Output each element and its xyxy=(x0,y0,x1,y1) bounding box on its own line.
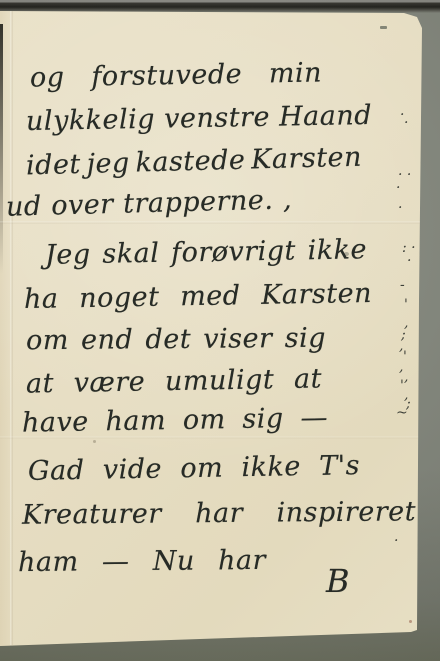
handwritten-word: , xyxy=(282,184,292,215)
handwritten-word: om xyxy=(26,325,69,356)
handwriting-line: havehamomsig— xyxy=(22,402,328,438)
handwriting-line: udovertrapperne., xyxy=(6,184,293,222)
handwritten-word: B xyxy=(326,562,350,600)
handwritten-word: ham xyxy=(105,405,166,437)
margin-ink-mark: · xyxy=(404,118,408,128)
paper-fold-crease xyxy=(0,221,422,224)
handwriting-line: idetjegkastedeKarsten xyxy=(26,142,363,182)
handwritten-word: Karsten xyxy=(251,142,363,176)
handwritten-word: have xyxy=(22,407,89,439)
ink-speck xyxy=(93,440,96,443)
handwritten-word: Kreaturer xyxy=(22,499,162,531)
ink-speck xyxy=(380,26,387,29)
margin-ink-mark: , xyxy=(404,372,408,382)
handwritten-word: ud xyxy=(6,191,42,223)
handwritten-word: Karsten xyxy=(261,278,372,311)
handwritten-word: være xyxy=(73,367,145,399)
handwritten-word: noget xyxy=(79,282,160,314)
handwritten-word: med xyxy=(180,280,241,312)
handwriting-line: omenddetvisersig xyxy=(26,323,326,357)
handwritten-word: at xyxy=(294,363,322,394)
handwritten-word: sig xyxy=(285,323,327,354)
handwriting-line: ogforstuvedemin xyxy=(30,57,322,93)
handwritten-word: — xyxy=(300,402,328,433)
handwritten-word: og xyxy=(30,62,65,94)
handwritten-word: ham xyxy=(18,547,79,579)
handwritten-word: ha xyxy=(24,283,59,315)
handwritten-word: sig xyxy=(242,403,284,435)
margin-ink-mark: - xyxy=(400,280,405,290)
handwritten-word: kastede xyxy=(135,145,246,179)
handwriting-line: ulykkeligvenstreHaand xyxy=(26,100,372,137)
handwritten-word: det xyxy=(145,324,191,355)
handwriting-line: hanogetmedKarsten xyxy=(24,278,372,315)
handwriting-line: GadvideomikkeT's xyxy=(28,450,360,487)
handwritten-word: Nu xyxy=(153,546,195,577)
handwriting-line: Jegskalforøvrigtikke xyxy=(45,234,367,271)
margin-ink-mark: ~ xyxy=(396,408,408,418)
handwritten-word: idet xyxy=(26,149,82,181)
handwritten-word: inspireret xyxy=(276,496,416,528)
margin-ink-mark: · xyxy=(394,536,398,546)
margin-ink-mark: · xyxy=(398,203,402,213)
paper-vertical-crease xyxy=(10,11,13,645)
handwritten-word: Haand xyxy=(279,100,372,133)
handwritten-word: Gad xyxy=(28,455,85,487)
margin-ink-mark: · · xyxy=(398,170,411,180)
handwritten-word: ikke xyxy=(241,451,301,483)
handwritten-word: forstuvede xyxy=(91,59,242,93)
handwritten-word: — xyxy=(102,546,130,577)
margin-ink-mark: ' xyxy=(404,300,408,310)
handwritten-word: min xyxy=(269,57,323,89)
margin-ink-mark: : · xyxy=(402,243,416,253)
margin-ink-mark: · xyxy=(407,256,411,266)
handwriting-line: B xyxy=(326,562,360,600)
handwritten-word: om xyxy=(180,452,223,484)
margin-ink-mark: ' xyxy=(403,352,407,362)
handwritten-word: at xyxy=(26,368,54,399)
ink-speck xyxy=(409,620,412,623)
handwritten-word: skal xyxy=(102,238,159,270)
handwritten-word: umuligt xyxy=(165,364,275,397)
handwritten-word: Jeg xyxy=(45,239,91,271)
handwritten-word: viser xyxy=(203,323,272,355)
paper-left-shadow xyxy=(0,24,3,274)
margin-ink-mark: , xyxy=(399,362,403,372)
letter-paper: ogforstuvedeminulykkeligvenstreHaandidet… xyxy=(0,0,440,661)
margin-ink-mark: · xyxy=(396,183,400,193)
handwritten-word: har xyxy=(218,545,266,576)
photo-scene: ogforstuvedeminulykkeligvenstreHaandidet… xyxy=(0,0,440,661)
handwriting-line: atværeumuligtat xyxy=(26,363,322,399)
handwritten-word: T's xyxy=(319,450,360,482)
handwritten-word: vide xyxy=(103,454,163,486)
handwritten-word: venstre xyxy=(164,102,270,135)
handwritten-word: om xyxy=(183,404,226,436)
handwritten-word: trapperne. xyxy=(123,185,274,220)
handwritten-word: ikke xyxy=(307,234,367,266)
handwritten-word: forøvrigt xyxy=(171,235,296,268)
handwritten-word: over xyxy=(51,189,114,222)
handwritten-word: ulykkelig xyxy=(26,104,156,137)
handwritten-word: jeg xyxy=(86,148,130,180)
handwritten-word: end xyxy=(81,324,133,355)
handwritten-word: har xyxy=(195,498,243,529)
handwriting-line: ham—Nuhar xyxy=(18,545,266,578)
handwriting-line: Kreaturerharinspireret xyxy=(22,496,416,530)
